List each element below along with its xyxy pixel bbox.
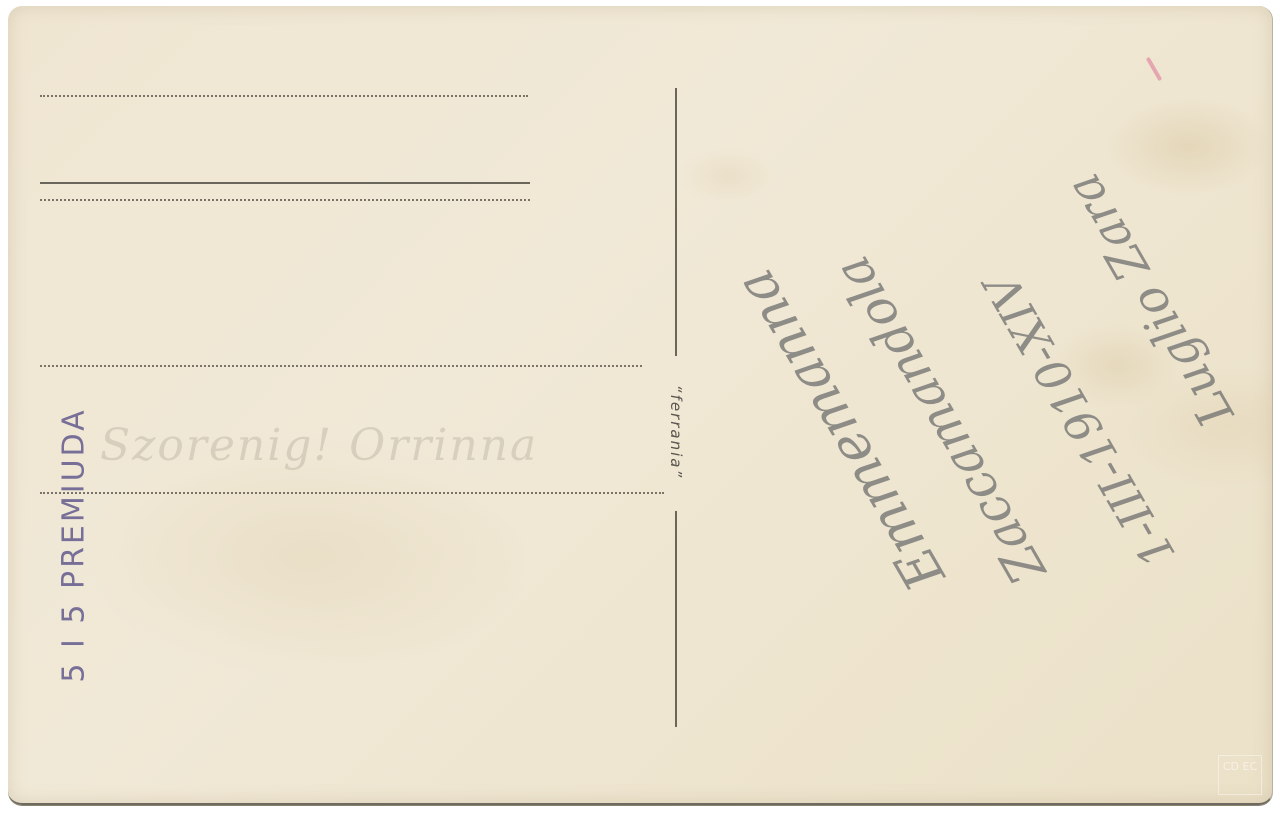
- address-line-dotted-4: [40, 492, 664, 494]
- center-divider-top: [675, 88, 677, 356]
- address-line-dotted-2: [40, 199, 530, 201]
- collection-watermark: CD EC: [1218, 755, 1262, 795]
- ferrania-brand-imprint: “ferrania”: [667, 385, 685, 479]
- address-line-solid: [40, 182, 530, 184]
- center-divider-bottom: [675, 511, 677, 727]
- address-line-dotted-1: [40, 95, 528, 97]
- faint-inscription: Szorenig! Orrinna: [100, 420, 538, 471]
- address-line-dotted-3: [40, 365, 642, 367]
- premiuda-stamp-mark: 5 I 5 PREMIUDA: [57, 407, 92, 682]
